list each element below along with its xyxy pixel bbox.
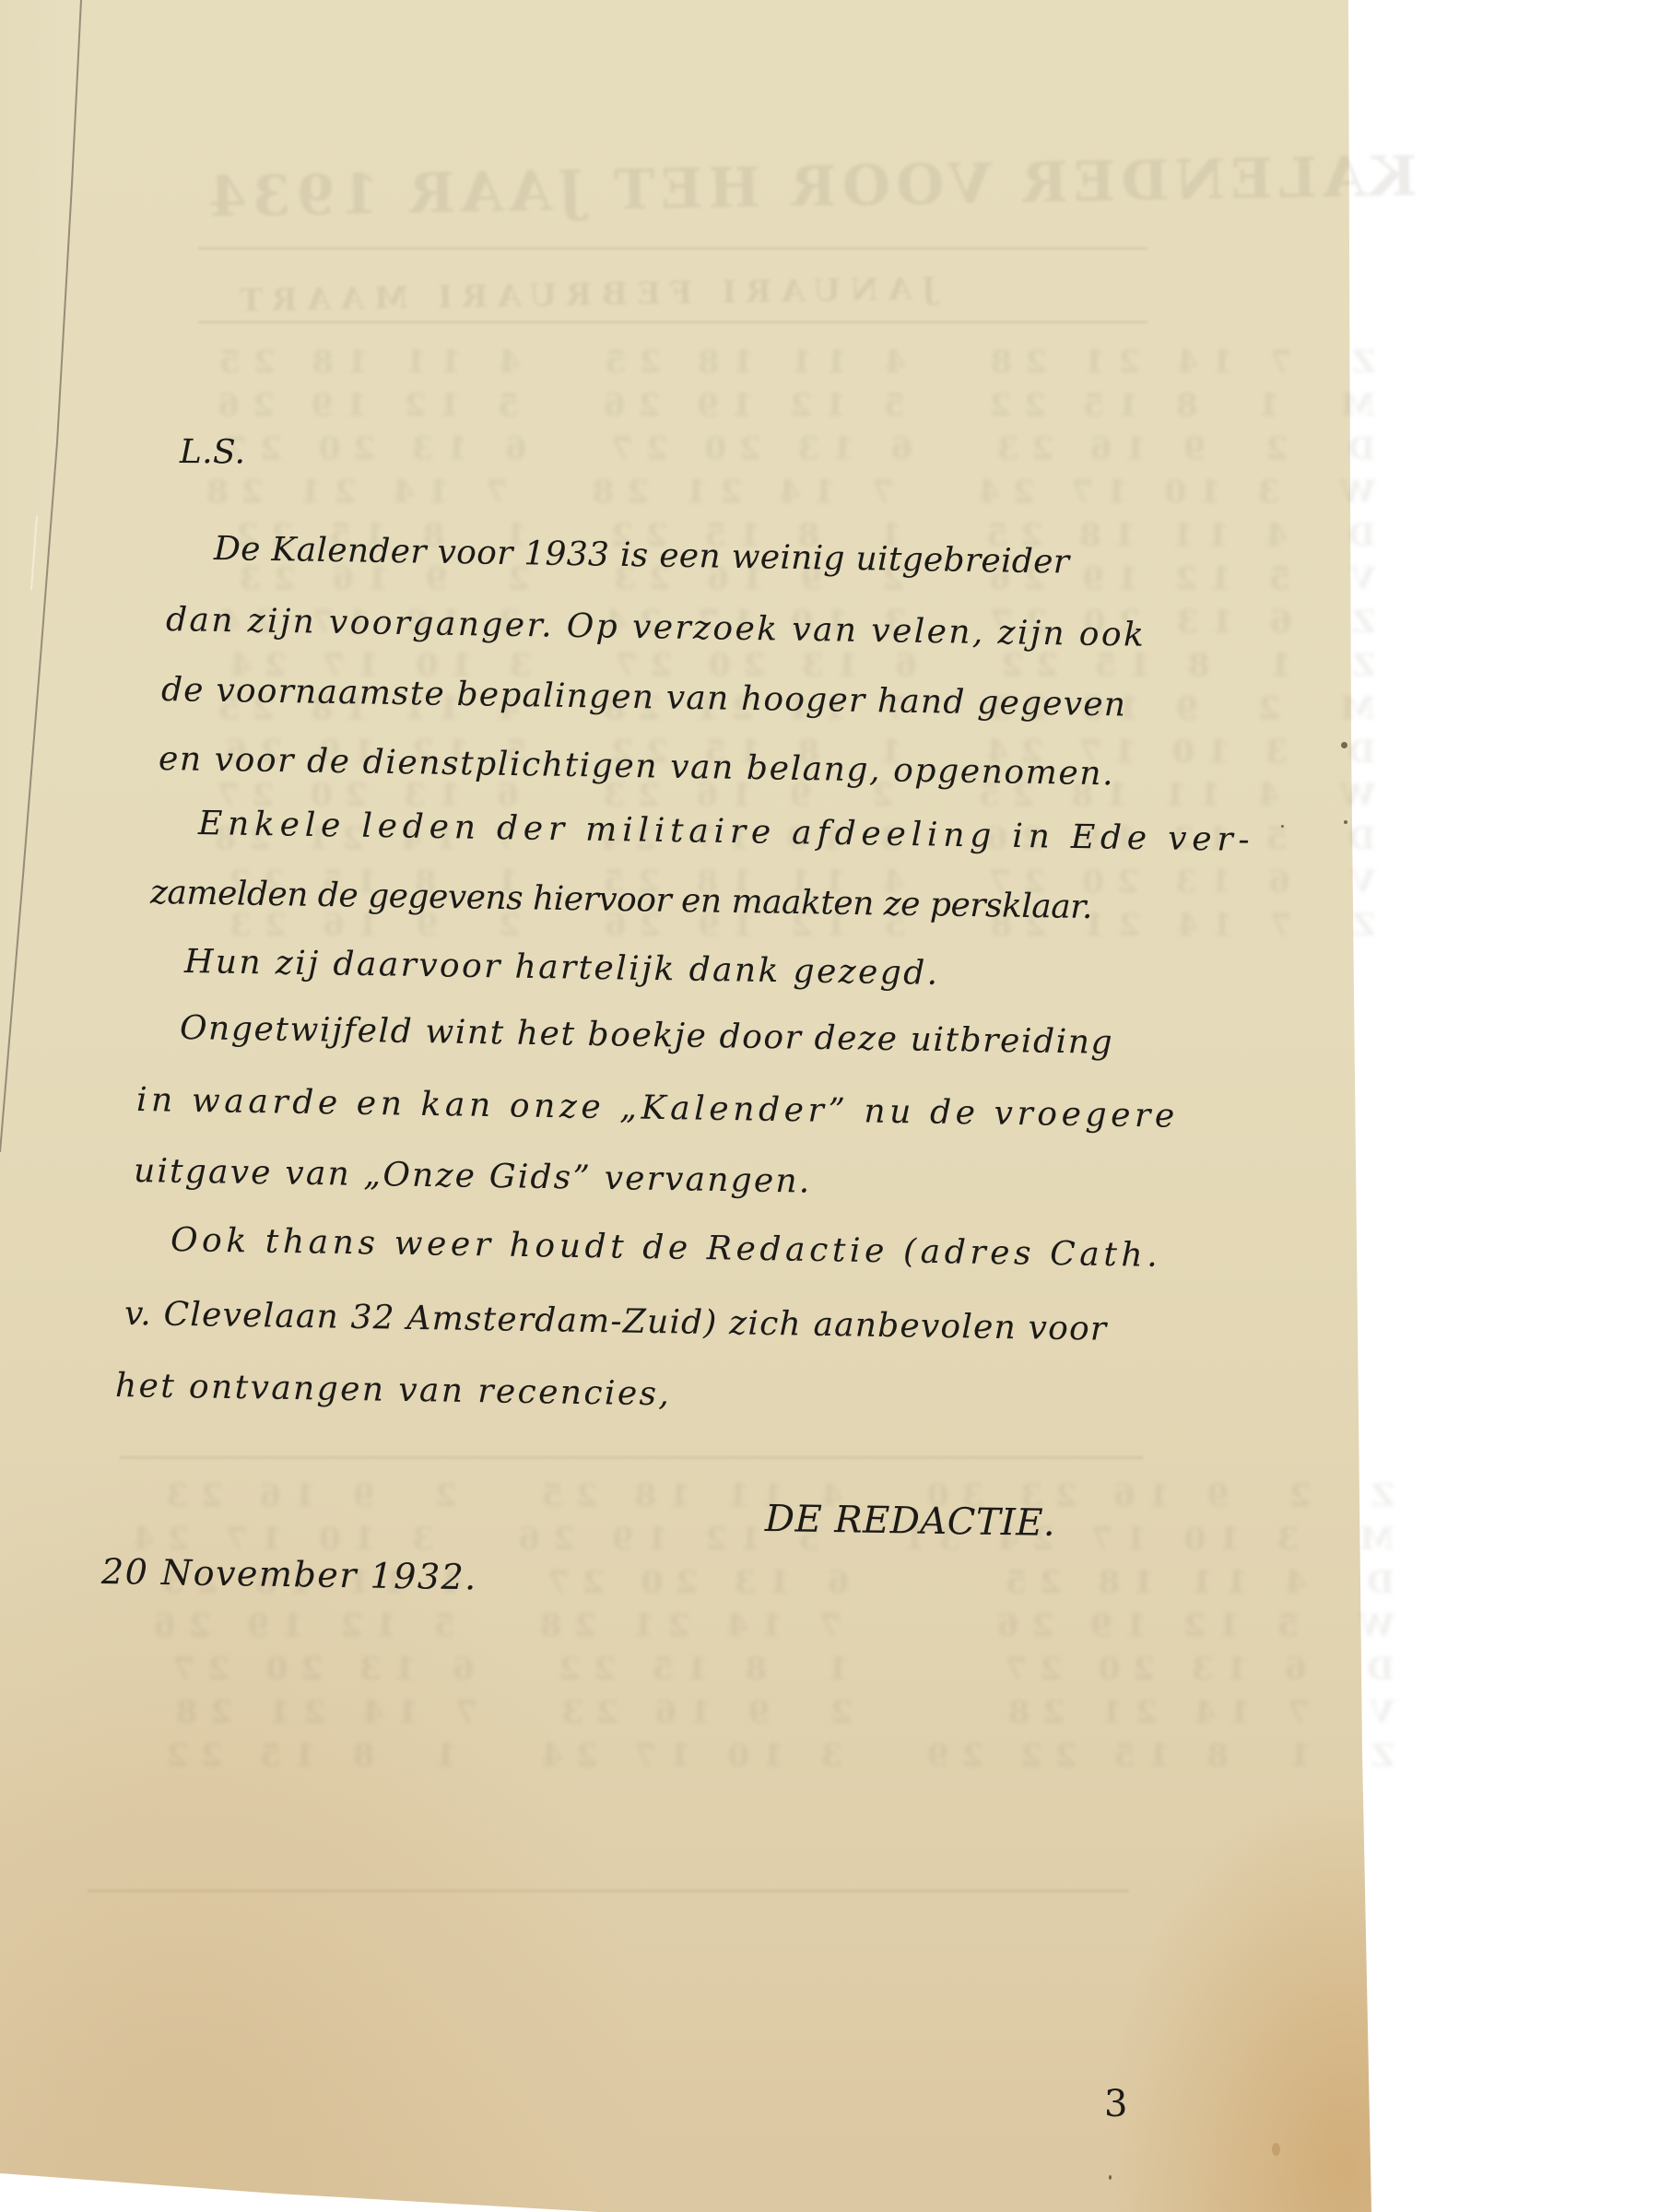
date: 20 November 1932. bbox=[101, 1551, 478, 1597]
salutation: L.S. bbox=[180, 433, 246, 471]
bleed-through-table-lower: Z 2 9 16 23 30 4 11 18 25 2 9 16 23 M 3 … bbox=[120, 1475, 1394, 1778]
bleed-through-rule bbox=[88, 1889, 1129, 1892]
paper-speck bbox=[1281, 825, 1284, 828]
bleed-through-rule bbox=[198, 247, 1147, 250]
paper-speck bbox=[1341, 742, 1347, 748]
signature: DE REDACTIE. bbox=[765, 1498, 1056, 1545]
bleed-through-rule bbox=[120, 1456, 1143, 1459]
paper-speck bbox=[1344, 820, 1347, 824]
paper-speck bbox=[1272, 2143, 1280, 2156]
page-number: 3 bbox=[1104, 2083, 1127, 2125]
spine-edge-line bbox=[0, 0, 92, 1198]
bleed-through-rule bbox=[198, 321, 1147, 324]
paper-speck bbox=[1109, 2175, 1112, 2180]
